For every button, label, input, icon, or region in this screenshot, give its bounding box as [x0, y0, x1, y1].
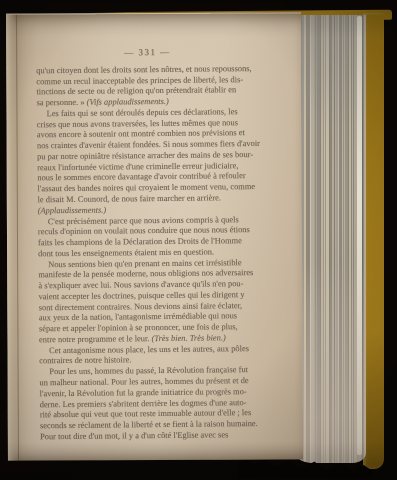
book-cover-right-edge [363, 13, 384, 469]
flyleaf-edge-highlight [357, 16, 362, 455]
page-text: — 331 — qu'un citoyen dont les droits so… [36, 46, 297, 443]
book-photo: — 331 — qu'un citoyen dont les droits so… [0, 0, 397, 480]
book-page: — 331 — qu'un citoyen dont les droits so… [6, 12, 303, 460]
book-page-edges [292, 15, 366, 463]
text-line: Pour tout dire d'un mot, il y a d'un côt… [40, 429, 297, 442]
page-number: — 331 — [36, 46, 293, 59]
